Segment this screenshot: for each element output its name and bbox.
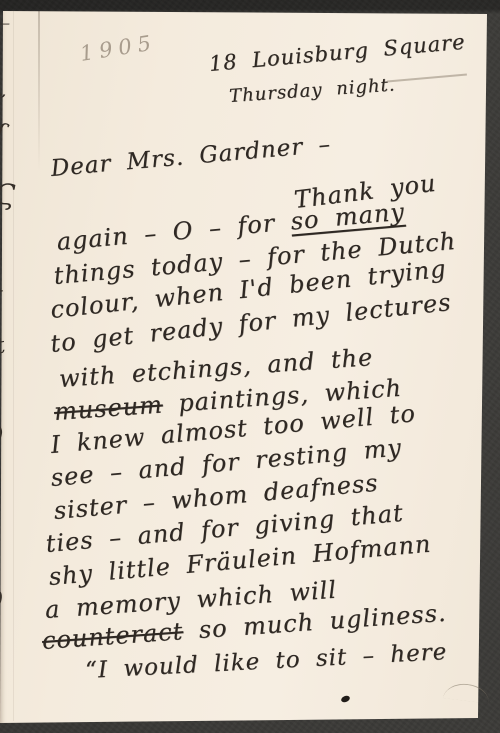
left-margin-ink-mark: — [0, 16, 10, 32]
left-margin-ink-mark: Ϛ [0, 178, 15, 211]
left-margin-ink-mark: - [0, 280, 3, 299]
letter-scan: — „ ʃ Ϛ - t ) ) 1905 18 Louisburg Square… [0, 0, 500, 733]
